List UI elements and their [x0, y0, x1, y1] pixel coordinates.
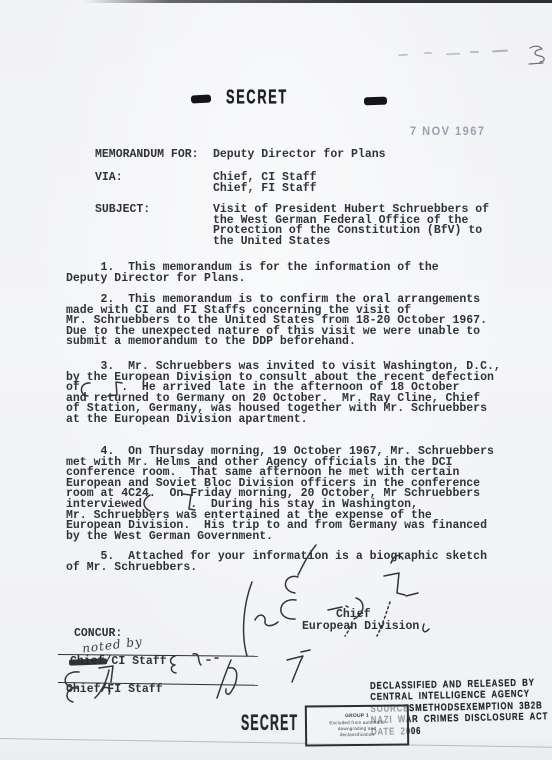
pencil-smudge: [470, 51, 479, 53]
via-label: VIA:: [95, 173, 123, 184]
signature-title-line1: Chief: [336, 610, 371, 621]
memorandum-for-label: MEMORANDUM FOR:: [95, 150, 199, 161]
paragraph-2: 2. This memorandum is to confirm the ora…: [66, 295, 487, 348]
group-1-exclusion-box: GROUP 1 Excluded from automatic downgrad…: [305, 704, 409, 746]
via-value: Chief, CI Staff Chief, FI Staff: [213, 173, 317, 194]
concur-fi-staff-line: Chief/FI Staff: [66, 685, 163, 696]
handwritten-corner-mark: [524, 42, 548, 70]
paragraph-1: 1. This memorandum is for the informatio…: [66, 263, 439, 284]
pencil-smudge: [398, 54, 408, 56]
concur-handwriting: [55, 636, 325, 708]
paragraph-3: 3. Mr. Schruebbers was invited to visit …: [66, 362, 501, 426]
scan-edge-top: [84, 0, 552, 3]
redaction-blob-right: [364, 97, 387, 106]
pencil-smudge: [424, 52, 432, 54]
memorandum-for-value: Deputy Director for Plans: [213, 150, 386, 161]
redaction-brackets-para4: [138, 491, 200, 513]
secret-stamp-bottom: SECRET: [241, 711, 298, 736]
pencil-smudge: [492, 50, 508, 53]
scanned-memo-page: SECRET 7 NOV 1967 MEMORANDUM FOR: Deputy…: [0, 0, 552, 760]
subject-label: SUBJECT:: [95, 205, 150, 216]
secret-stamp-top: SECRET: [226, 86, 288, 109]
paragraph-4: 4. On Thursday morning, 19 October 1967,…: [66, 447, 494, 542]
redaction-blob-left: [191, 94, 211, 103]
subject-value: Visit of President Hubert Schruebbers of…: [213, 205, 489, 247]
group-box-line: declassification: [340, 732, 374, 738]
pencil-smudge: [446, 53, 460, 55]
redaction-brackets-para3: [76, 378, 124, 400]
date-stamp: 7 NOV 1967: [410, 126, 486, 139]
signature-title-line2: European Division: [302, 622, 419, 633]
